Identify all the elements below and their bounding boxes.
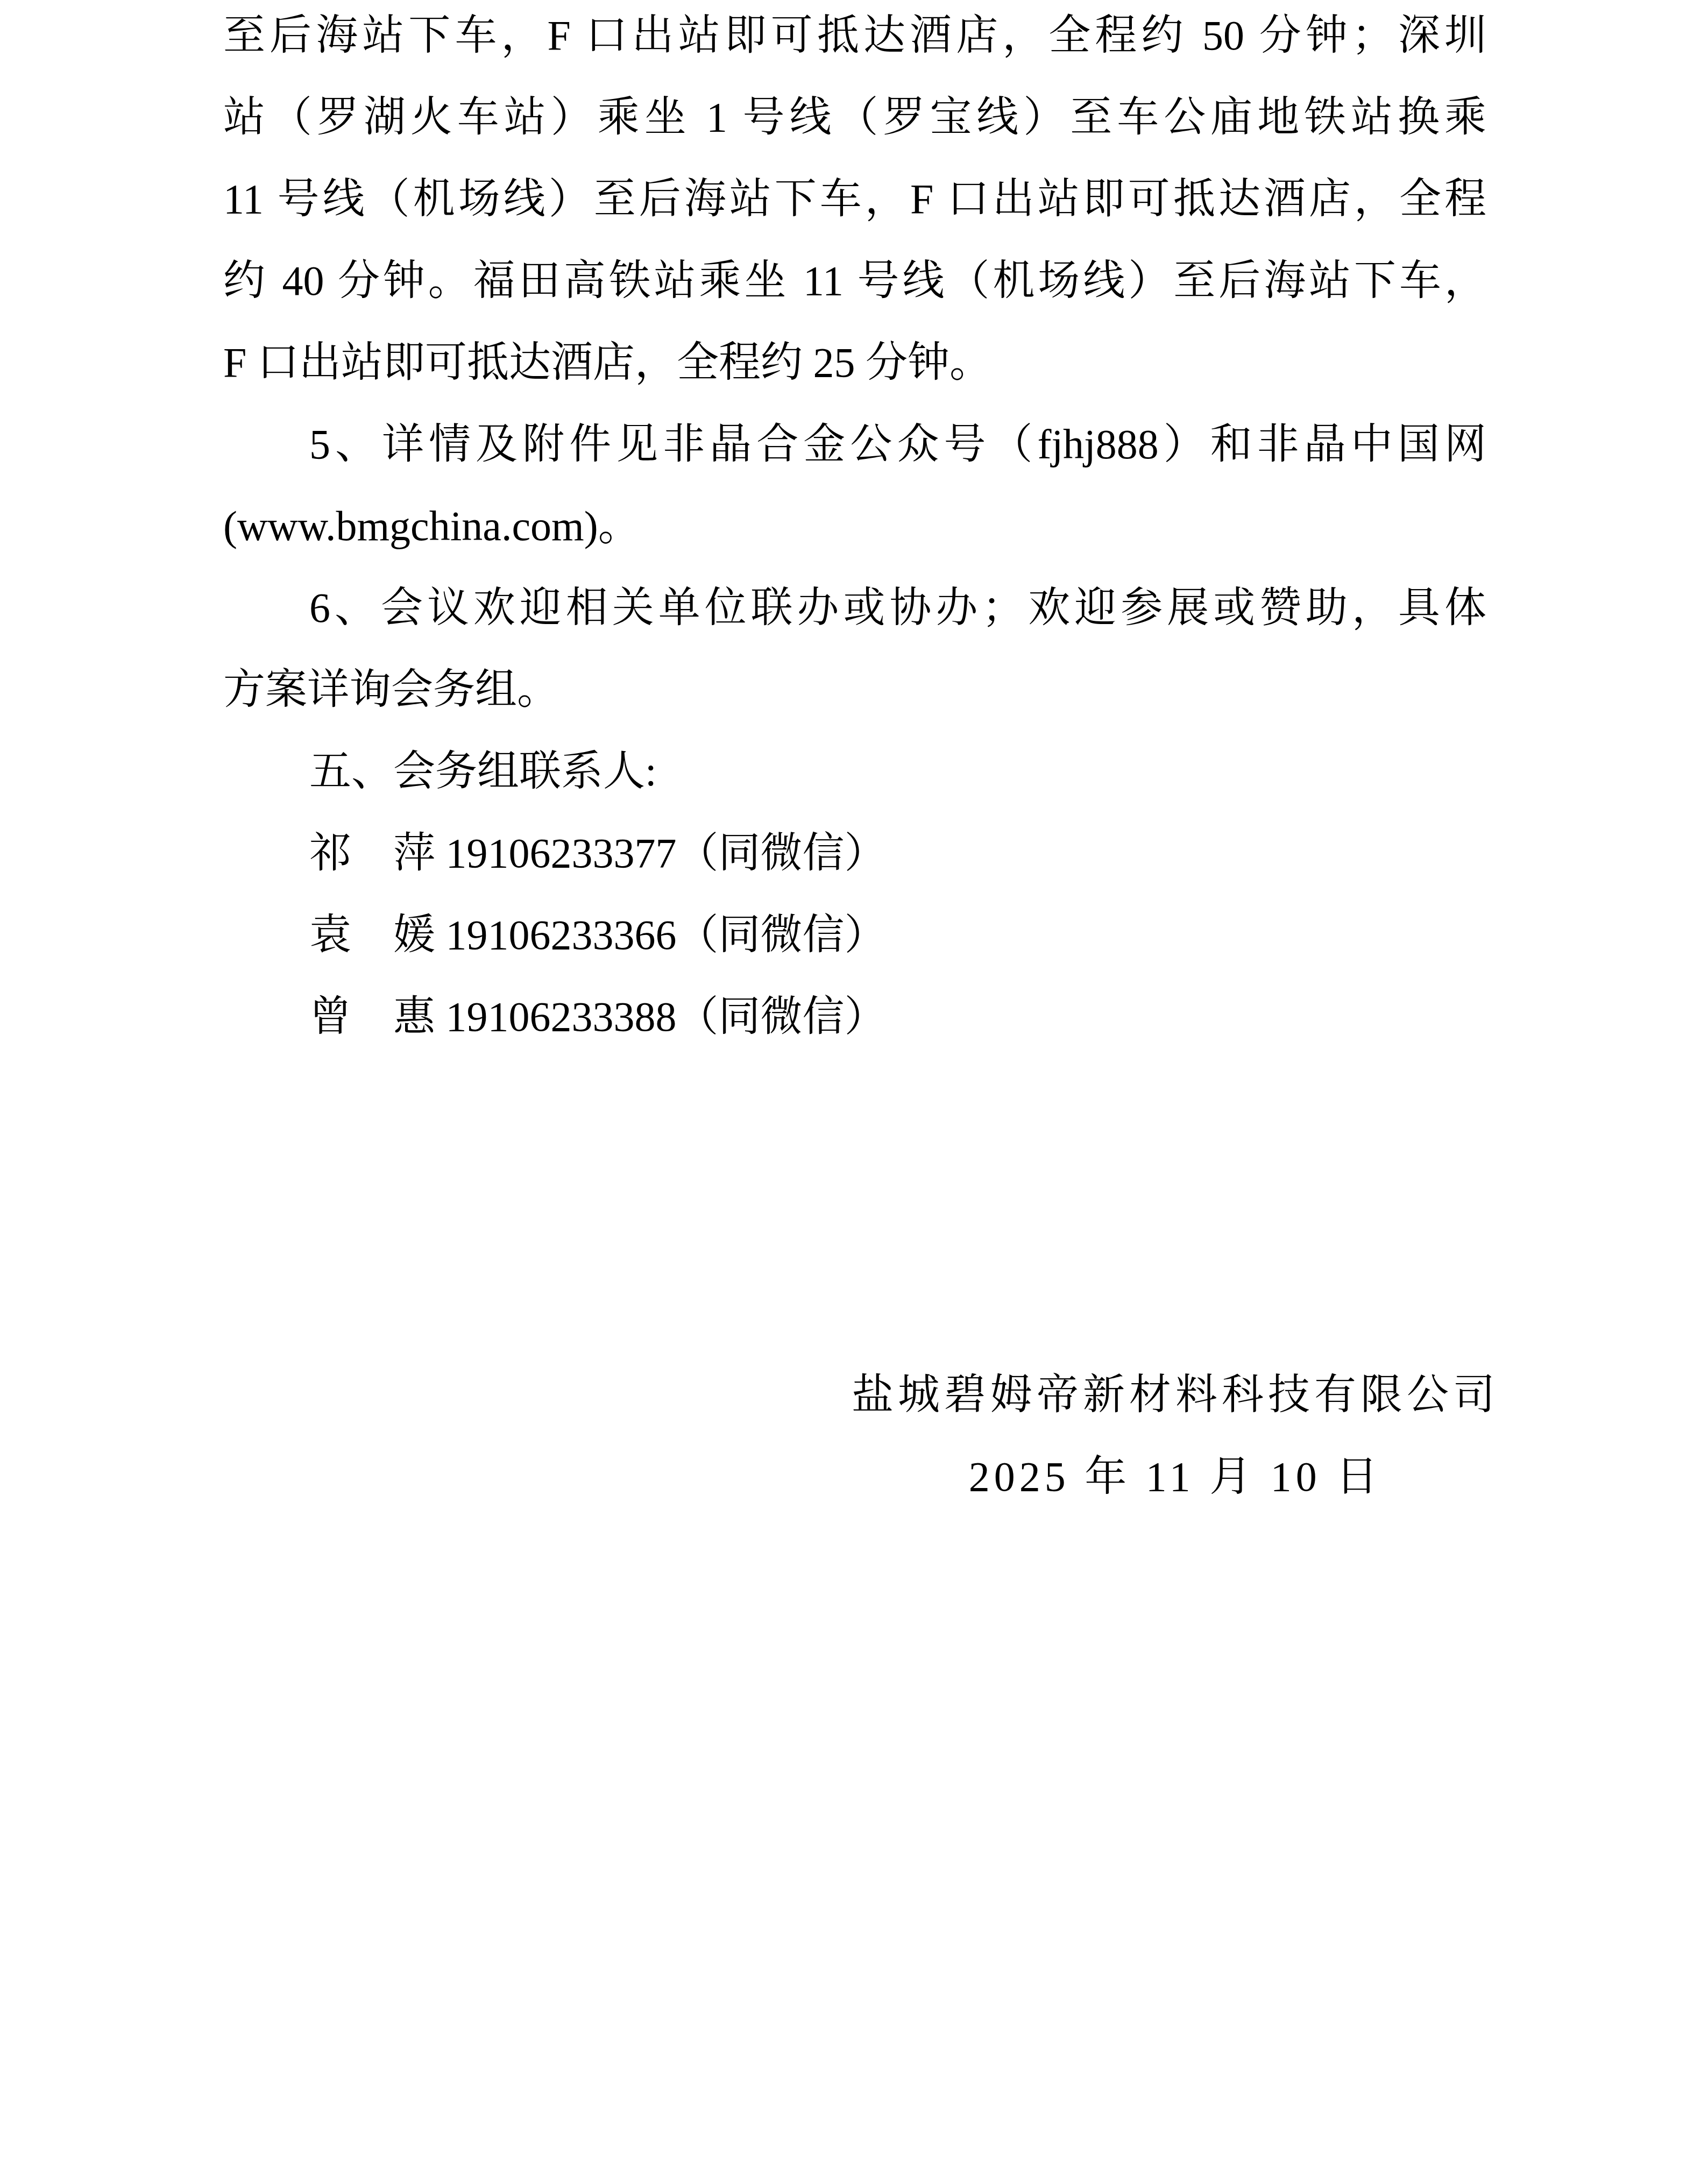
paragraph: 曾 惠 19106233388（同微信）: [223, 976, 1486, 1058]
text-line: 方案详询会务组。: [223, 649, 1486, 731]
text-line: 约 40 分钟。福田高铁站乘坐 11 号线（机场线）至后海站下车，: [223, 240, 1486, 322]
document-page: 至后海站下车，F 口出站即可抵达酒店，全程约 50 分钟；深圳站（罗湖火车站）乘…: [0, 0, 1708, 2175]
signature-date: 2025 年 11 月 10 日: [651, 1436, 1700, 1518]
text-line: 至后海站下车，F 口出站即可抵达酒店，全程约 50 分钟；深圳: [223, 0, 1486, 76]
paragraph: 祁 萍 19106233377（同微信）: [223, 812, 1486, 894]
text-line: 曾 惠 19106233388（同微信）: [223, 976, 1486, 1058]
paragraph: 五、会务组联系人:: [223, 731, 1486, 812]
text-line: 袁 媛 19106233366（同微信）: [223, 894, 1486, 976]
text-line: 6、会议欢迎相关单位联办或协办；欢迎参展或赞助，具体: [223, 567, 1486, 649]
text-line: (www.bmgchina.com)。: [223, 485, 1486, 567]
text-line: 站（罗湖火车站）乘坐 1 号线（罗宝线）至车公庙地铁站换乘: [223, 76, 1486, 158]
paragraph: 袁 媛 19106233366（同微信）: [223, 894, 1486, 976]
text-line: 五、会务组联系人:: [223, 731, 1486, 812]
paragraph: 6、会议欢迎相关单位联办或协办；欢迎参展或赞助，具体方案详询会务组。: [223, 567, 1486, 731]
signature-company: 盐城碧姆帝新材料科技有限公司: [651, 1354, 1700, 1436]
paragraph: 5、详情及附件见非晶合金公众号（fjhj888）和非晶中国网(www.bmgch…: [223, 403, 1486, 567]
signature-block: 盐城碧姆帝新材料科技有限公司 2025 年 11 月 10 日: [651, 1354, 1700, 1518]
text-line: 祁 萍 19106233377（同微信）: [223, 812, 1486, 894]
body-text: 至后海站下车，F 口出站即可抵达酒店，全程约 50 分钟；深圳站（罗湖火车站）乘…: [223, 0, 1486, 1058]
text-line: 11 号线（机场线）至后海站下车，F 口出站即可抵达酒店，全程: [223, 158, 1486, 240]
text-line: 5、详情及附件见非晶合金公众号（fjhj888）和非晶中国网: [223, 403, 1486, 485]
paragraph: 至后海站下车，F 口出站即可抵达酒店，全程约 50 分钟；深圳站（罗湖火车站）乘…: [223, 0, 1486, 403]
text-line: F 口出站即可抵达酒店，全程约 25 分钟。: [223, 322, 1486, 403]
